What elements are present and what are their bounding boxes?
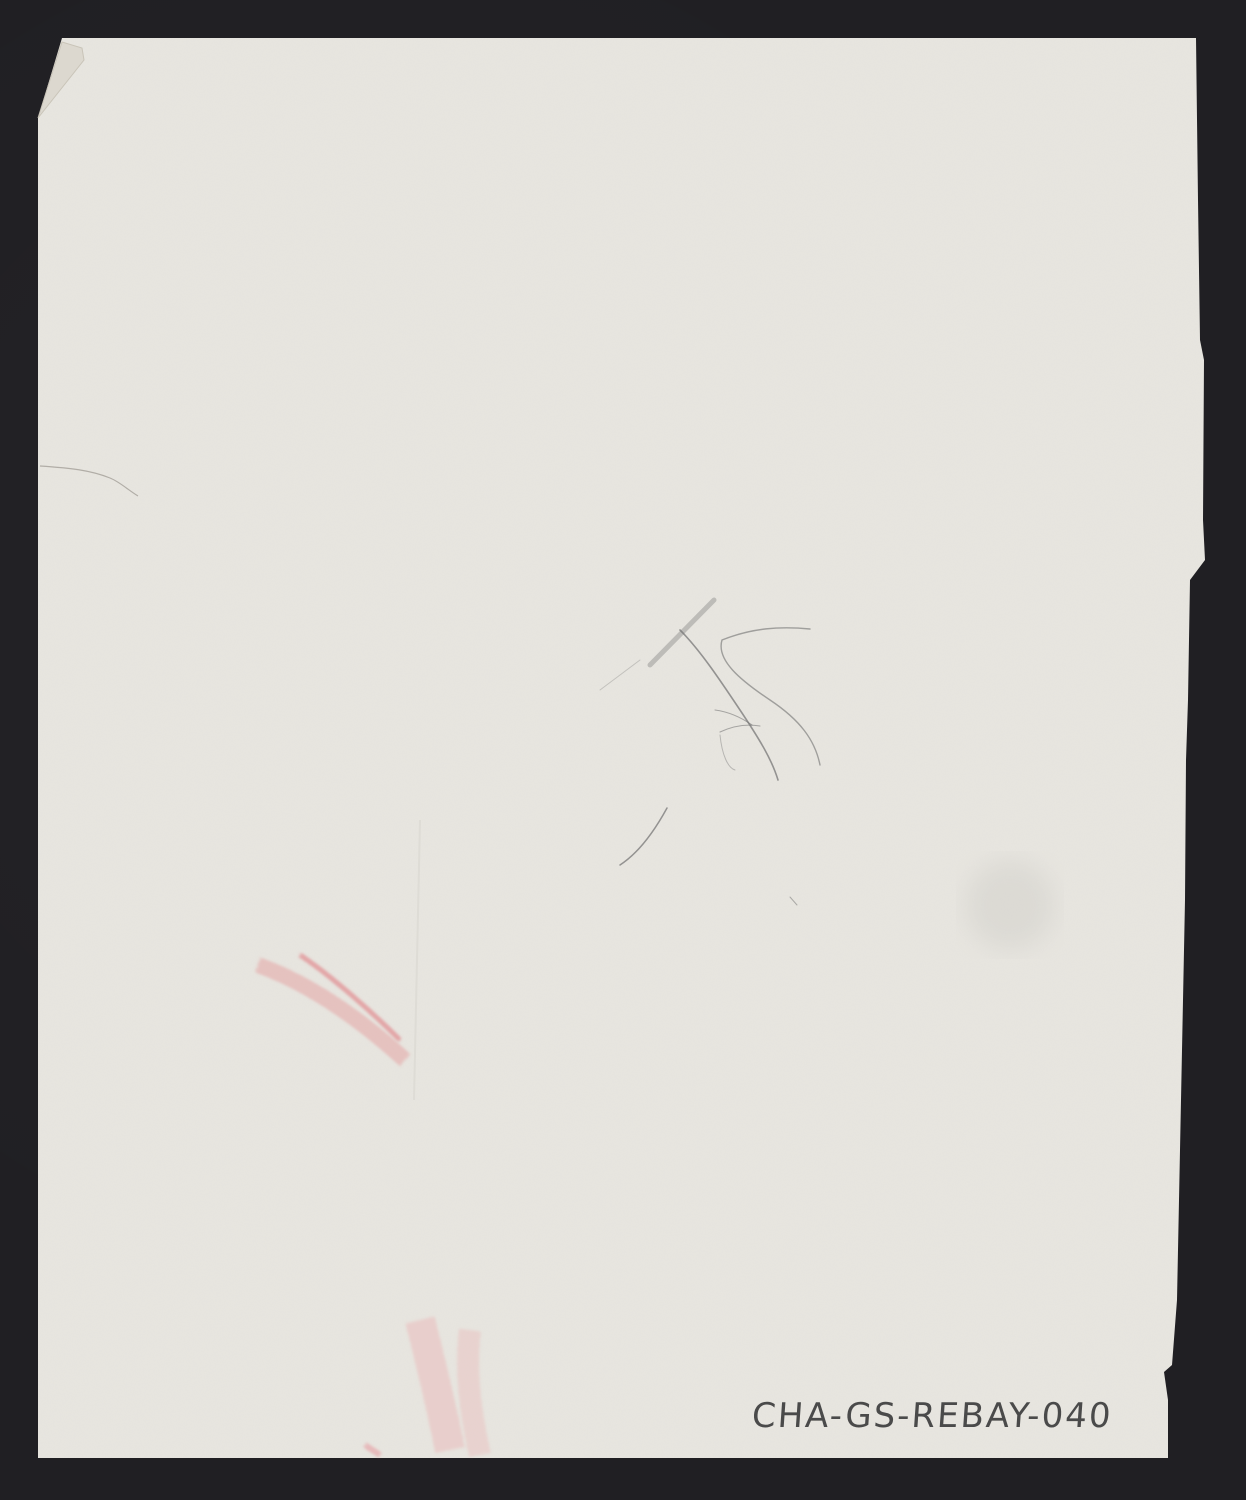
paper-sheet — [0, 0, 1246, 1500]
catalog-label: CHA-GS-REBAY-040 — [751, 1396, 1114, 1436]
